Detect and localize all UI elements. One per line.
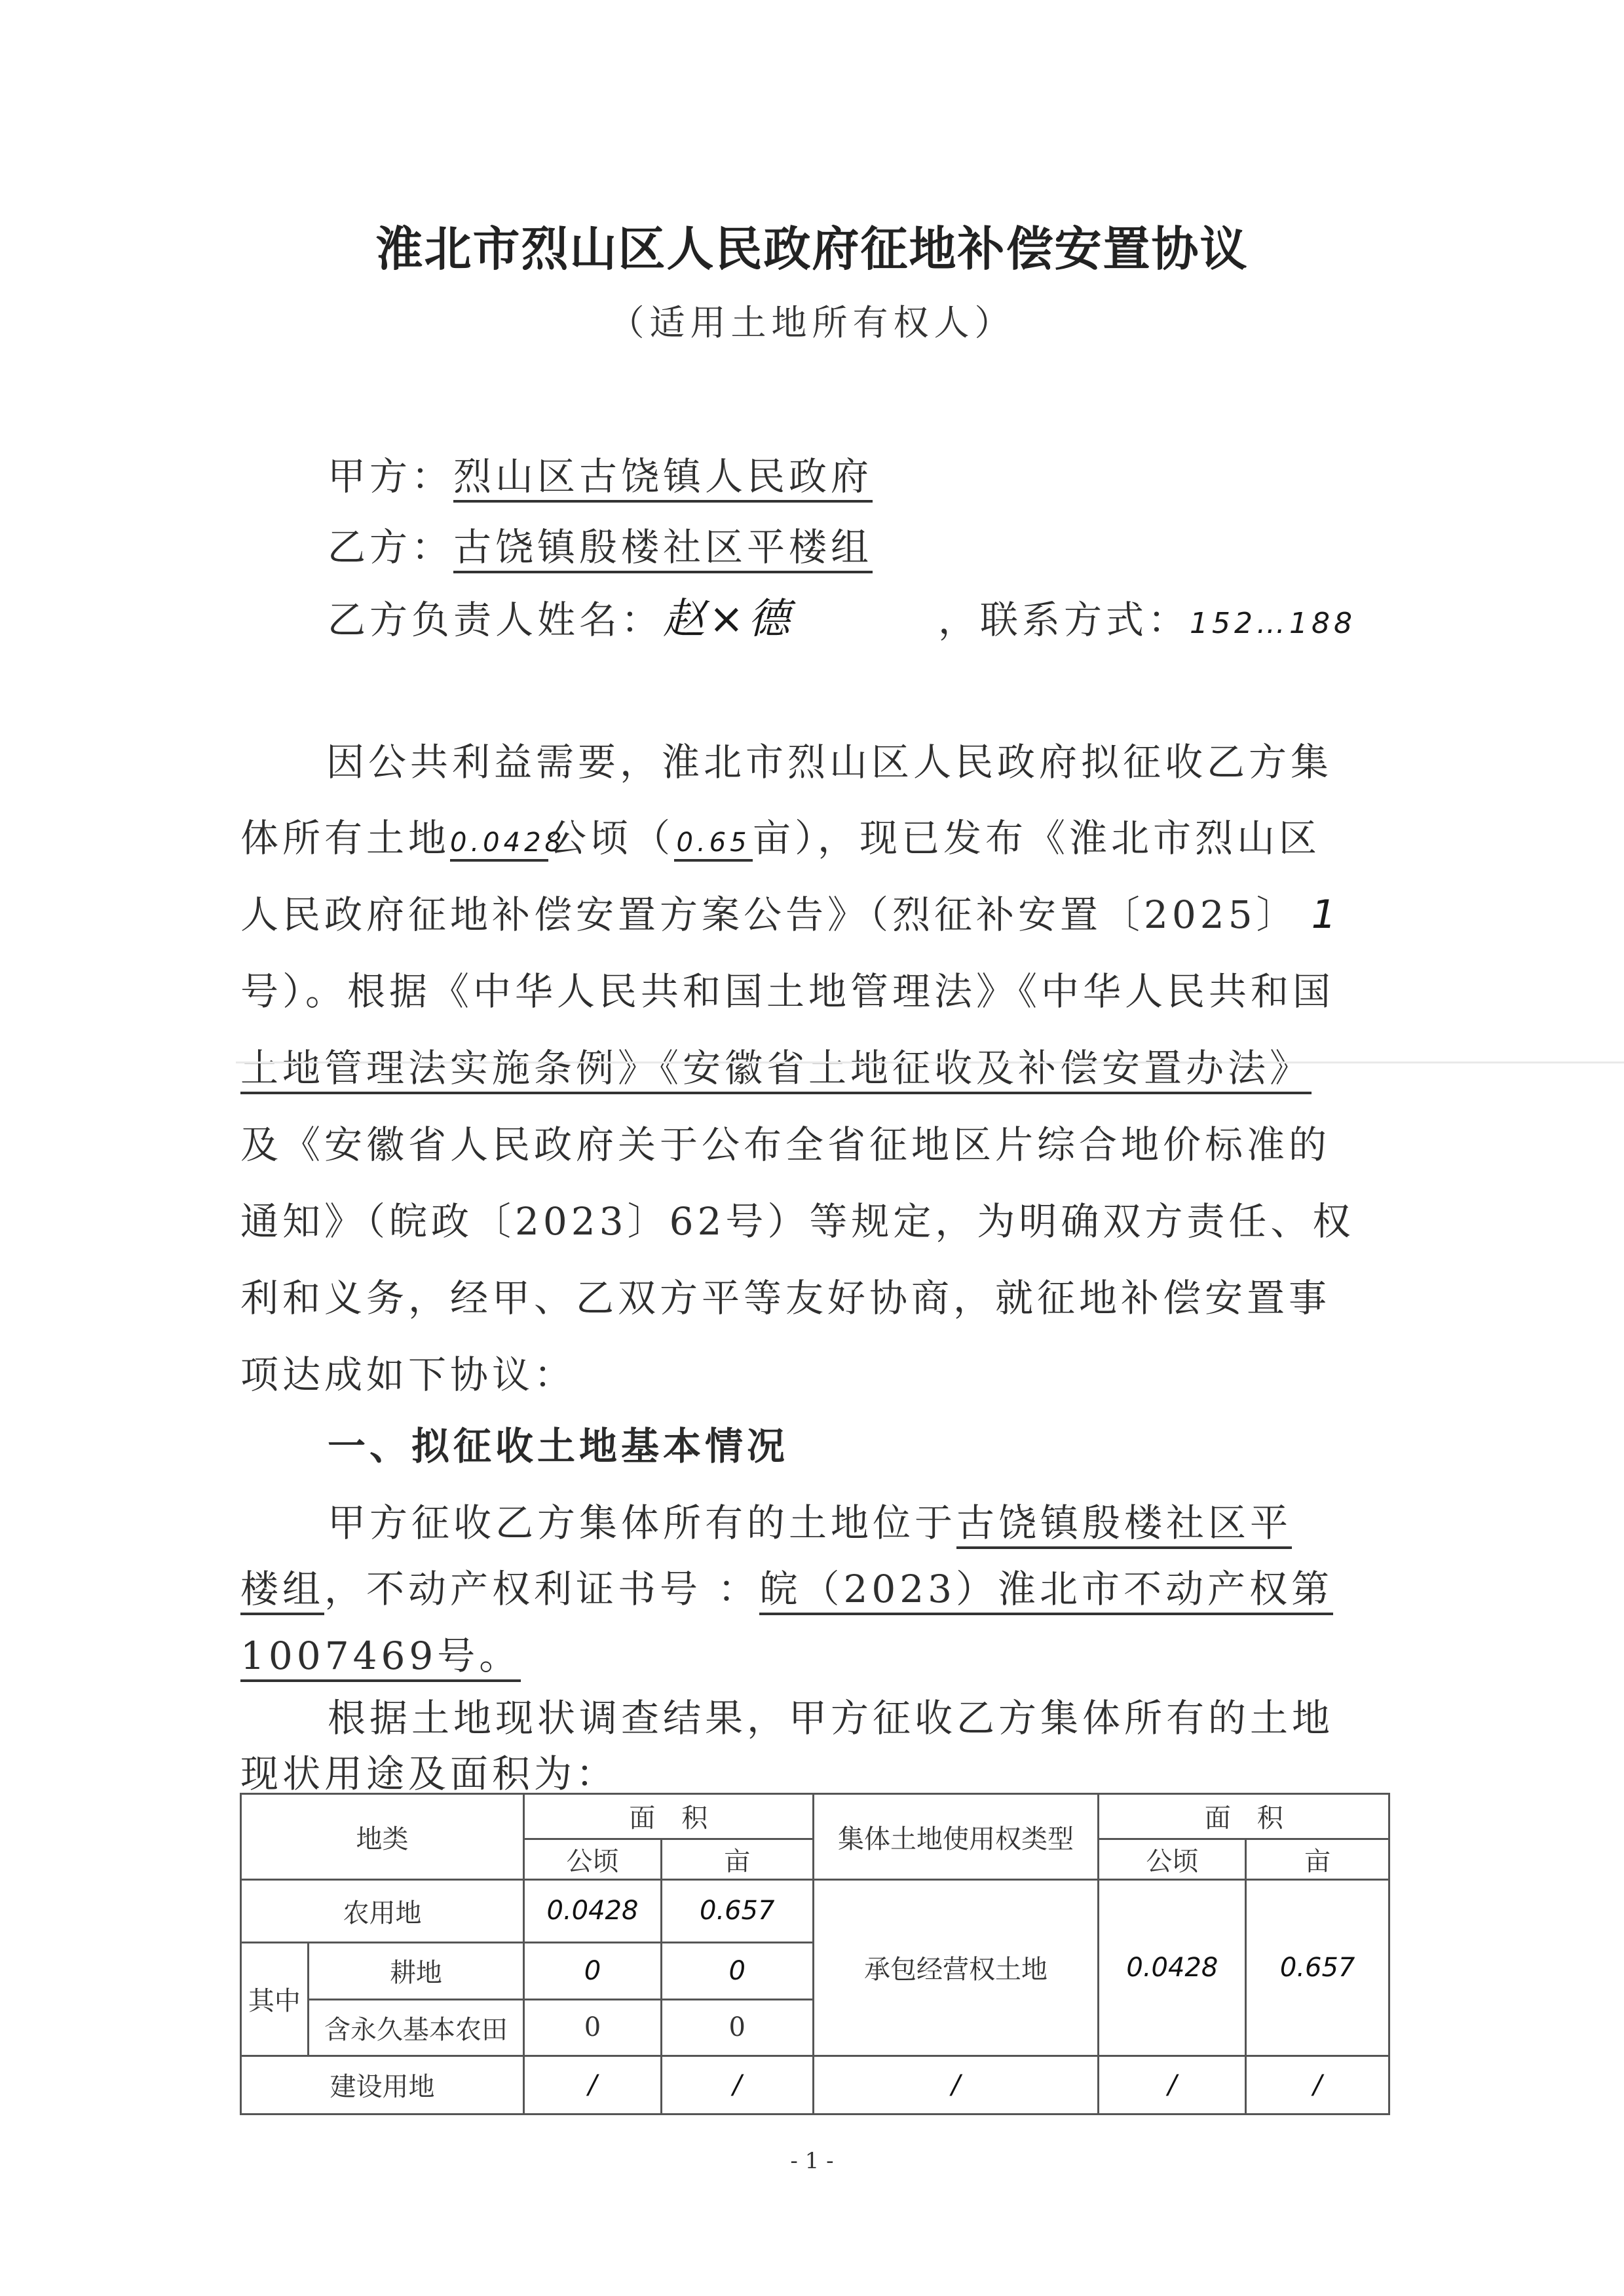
intro-line-6: 及《安徽省人民政府关于公布全省征地区片综合地价标准的 <box>240 1114 1331 1169</box>
use-right-type-value: 承包经营权土地 <box>813 1880 1099 2056</box>
header-area-2: 面 积 <box>1099 1794 1389 1839</box>
intro-line-2: 体所有土地0.0428公顷（0.65亩），现已发布《淮北市烈山区 <box>240 807 1321 862</box>
document-title: 淮北市烈山区人民政府征地补偿安置协议 <box>0 211 1624 279</box>
intro-line-1: 因公共利益需要，淮北市烈山区人民政府拟征收乙方集 <box>326 731 1332 786</box>
party-b-value: 古饶镇殷楼社区平楼组 <box>453 525 873 573</box>
intro-line-5: 土地管理法实施条例》《安徽省土地征收及补偿安置办法》 <box>240 1037 1312 1092</box>
intro-text: 土地管理法实施条例》《安徽省土地征收及补偿安置办法》 <box>240 1046 1312 1094</box>
land-area-table: 地类 面 积 集体土地使用权类型 面 积 公顷 亩 公顷 亩 农用地 0.042… <box>240 1793 1390 2115</box>
section-text: ，不动产权利证书号 ： <box>324 1567 759 1611</box>
section-1-p1-line-3: 1007469号。 <box>240 1625 521 1680</box>
intro-line-3: 人民政府征地补偿安置方案公告》（烈征补安置〔2025〕1 <box>240 884 1340 939</box>
land-location-cont: 楼组 <box>240 1567 324 1615</box>
row-construction-hectare-2: / <box>1099 2056 1246 2114</box>
area-mu-field: 0.65 <box>674 828 753 862</box>
property-cert-number: 皖（2023）淮北市不动产权第 <box>759 1567 1333 1615</box>
row-cultivated-mu: 0 <box>661 1942 813 1999</box>
page-number: - 1 - <box>0 2148 1624 2174</box>
party-b: 乙方：古饶镇殷楼社区平楼组 <box>328 516 873 571</box>
row-basic-farmland-hectare: 0 <box>524 2000 662 2056</box>
intro-line-7: 通知》（皖政〔2023〕62号）等规定，为明确双方责任、权 <box>240 1191 1354 1246</box>
party-b-label: 乙方： <box>328 525 453 569</box>
row-cultivated-hectare: 0 <box>524 1942 662 1999</box>
property-cert-number-cont: 1007469号。 <box>240 1634 521 1682</box>
intro-text: 公顷（ <box>548 816 674 860</box>
use-right-hectare: 0.0428 <box>1099 1880 1246 2056</box>
land-location: 古饶镇殷楼社区平 <box>956 1501 1292 1549</box>
intro-line-8: 利和义务，经甲、乙双方平等友好协商，就征地补偿安置事 <box>240 1267 1331 1322</box>
row-construction-label: 建设用地 <box>241 2056 524 2114</box>
header-area: 面 积 <box>524 1794 814 1839</box>
notice-number-handwritten: 1 <box>1312 892 1340 938</box>
intro-line-4: 号）。根据《中华人民共和国土地管理法》《中华人民共和国 <box>240 961 1334 1016</box>
document-subtitle: （适用土地所有权人） <box>0 295 1624 345</box>
contact-label: ，联系方式： <box>938 598 1190 642</box>
section-1-p2-line-1: 根据土地现状调查结果，甲方征收乙方集体所有的土地 <box>328 1687 1334 1742</box>
of-which-label: 其中 <box>241 1942 309 2056</box>
header-mu-2: 亩 <box>1246 1839 1389 1879</box>
row-cultivated-label: 耕地 <box>308 1942 523 1999</box>
row-construction-mu-2: / <box>1246 2056 1389 2114</box>
area-hectare-field: 0.0428 <box>450 828 548 862</box>
row-agri-hectare: 0.0428 <box>524 1880 662 1943</box>
section-1-p1-line-2: 楼组，不动产权利证书号 ：皖（2023）淮北市不动产权第 <box>240 1558 1333 1613</box>
header-mu: 亩 <box>661 1839 813 1879</box>
section-1-heading: 一、拟征收土地基本情况 <box>328 1415 789 1470</box>
header-hectare: 公顷 <box>524 1839 662 1879</box>
row-basic-farmland-label: 含永久基本农田 <box>308 2000 523 2056</box>
rep-signature: 赵×德 <box>663 585 938 645</box>
row-basic-farmland-mu: 0 <box>661 2000 813 2056</box>
party-a: 甲方：烈山区古饶镇人民政府 <box>328 446 873 501</box>
row-agri-mu: 0.657 <box>661 1880 813 1943</box>
use-right-mu: 0.657 <box>1246 1880 1389 2056</box>
rep-label: 乙方负责人姓名： <box>328 598 663 642</box>
party-a-label: 甲方： <box>328 454 453 499</box>
row-construction-hectare: / <box>524 2056 662 2114</box>
intro-text: 人民政府征地补偿安置方案公告》（烈征补安置〔2025〕 <box>240 892 1298 937</box>
row-construction-mu: / <box>661 2056 813 2114</box>
header-use-right-type: 集体土地使用权类型 <box>813 1794 1099 1880</box>
section-1-p1-line-1: 甲方征收乙方集体所有的土地位于古饶镇殷楼社区平 <box>328 1492 1292 1547</box>
intro-line-9: 项达成如下协议： <box>240 1344 576 1399</box>
section-text: 甲方征收乙方集体所有的土地位于 <box>328 1501 956 1545</box>
header-land-class: 地类 <box>241 1794 524 1880</box>
intro-text: 体所有土地 <box>240 816 450 860</box>
scan-artifact-line <box>236 1062 1624 1063</box>
header-hectare-2: 公顷 <box>1099 1839 1246 1879</box>
party-a-value: 烈山区古饶镇人民政府 <box>453 454 873 503</box>
party-b-representative: 乙方负责人姓名：赵×德，联系方式：152…188 <box>328 585 1356 645</box>
row-agri-label: 农用地 <box>241 1880 524 1943</box>
row-construction-type: / <box>813 2056 1099 2114</box>
intro-text: 亩），现已发布《淮北市烈山区 <box>753 816 1321 860</box>
contact-value: 152…188 <box>1190 607 1356 640</box>
section-1-p2-line-2: 现状用途及面积为： <box>240 1743 618 1798</box>
